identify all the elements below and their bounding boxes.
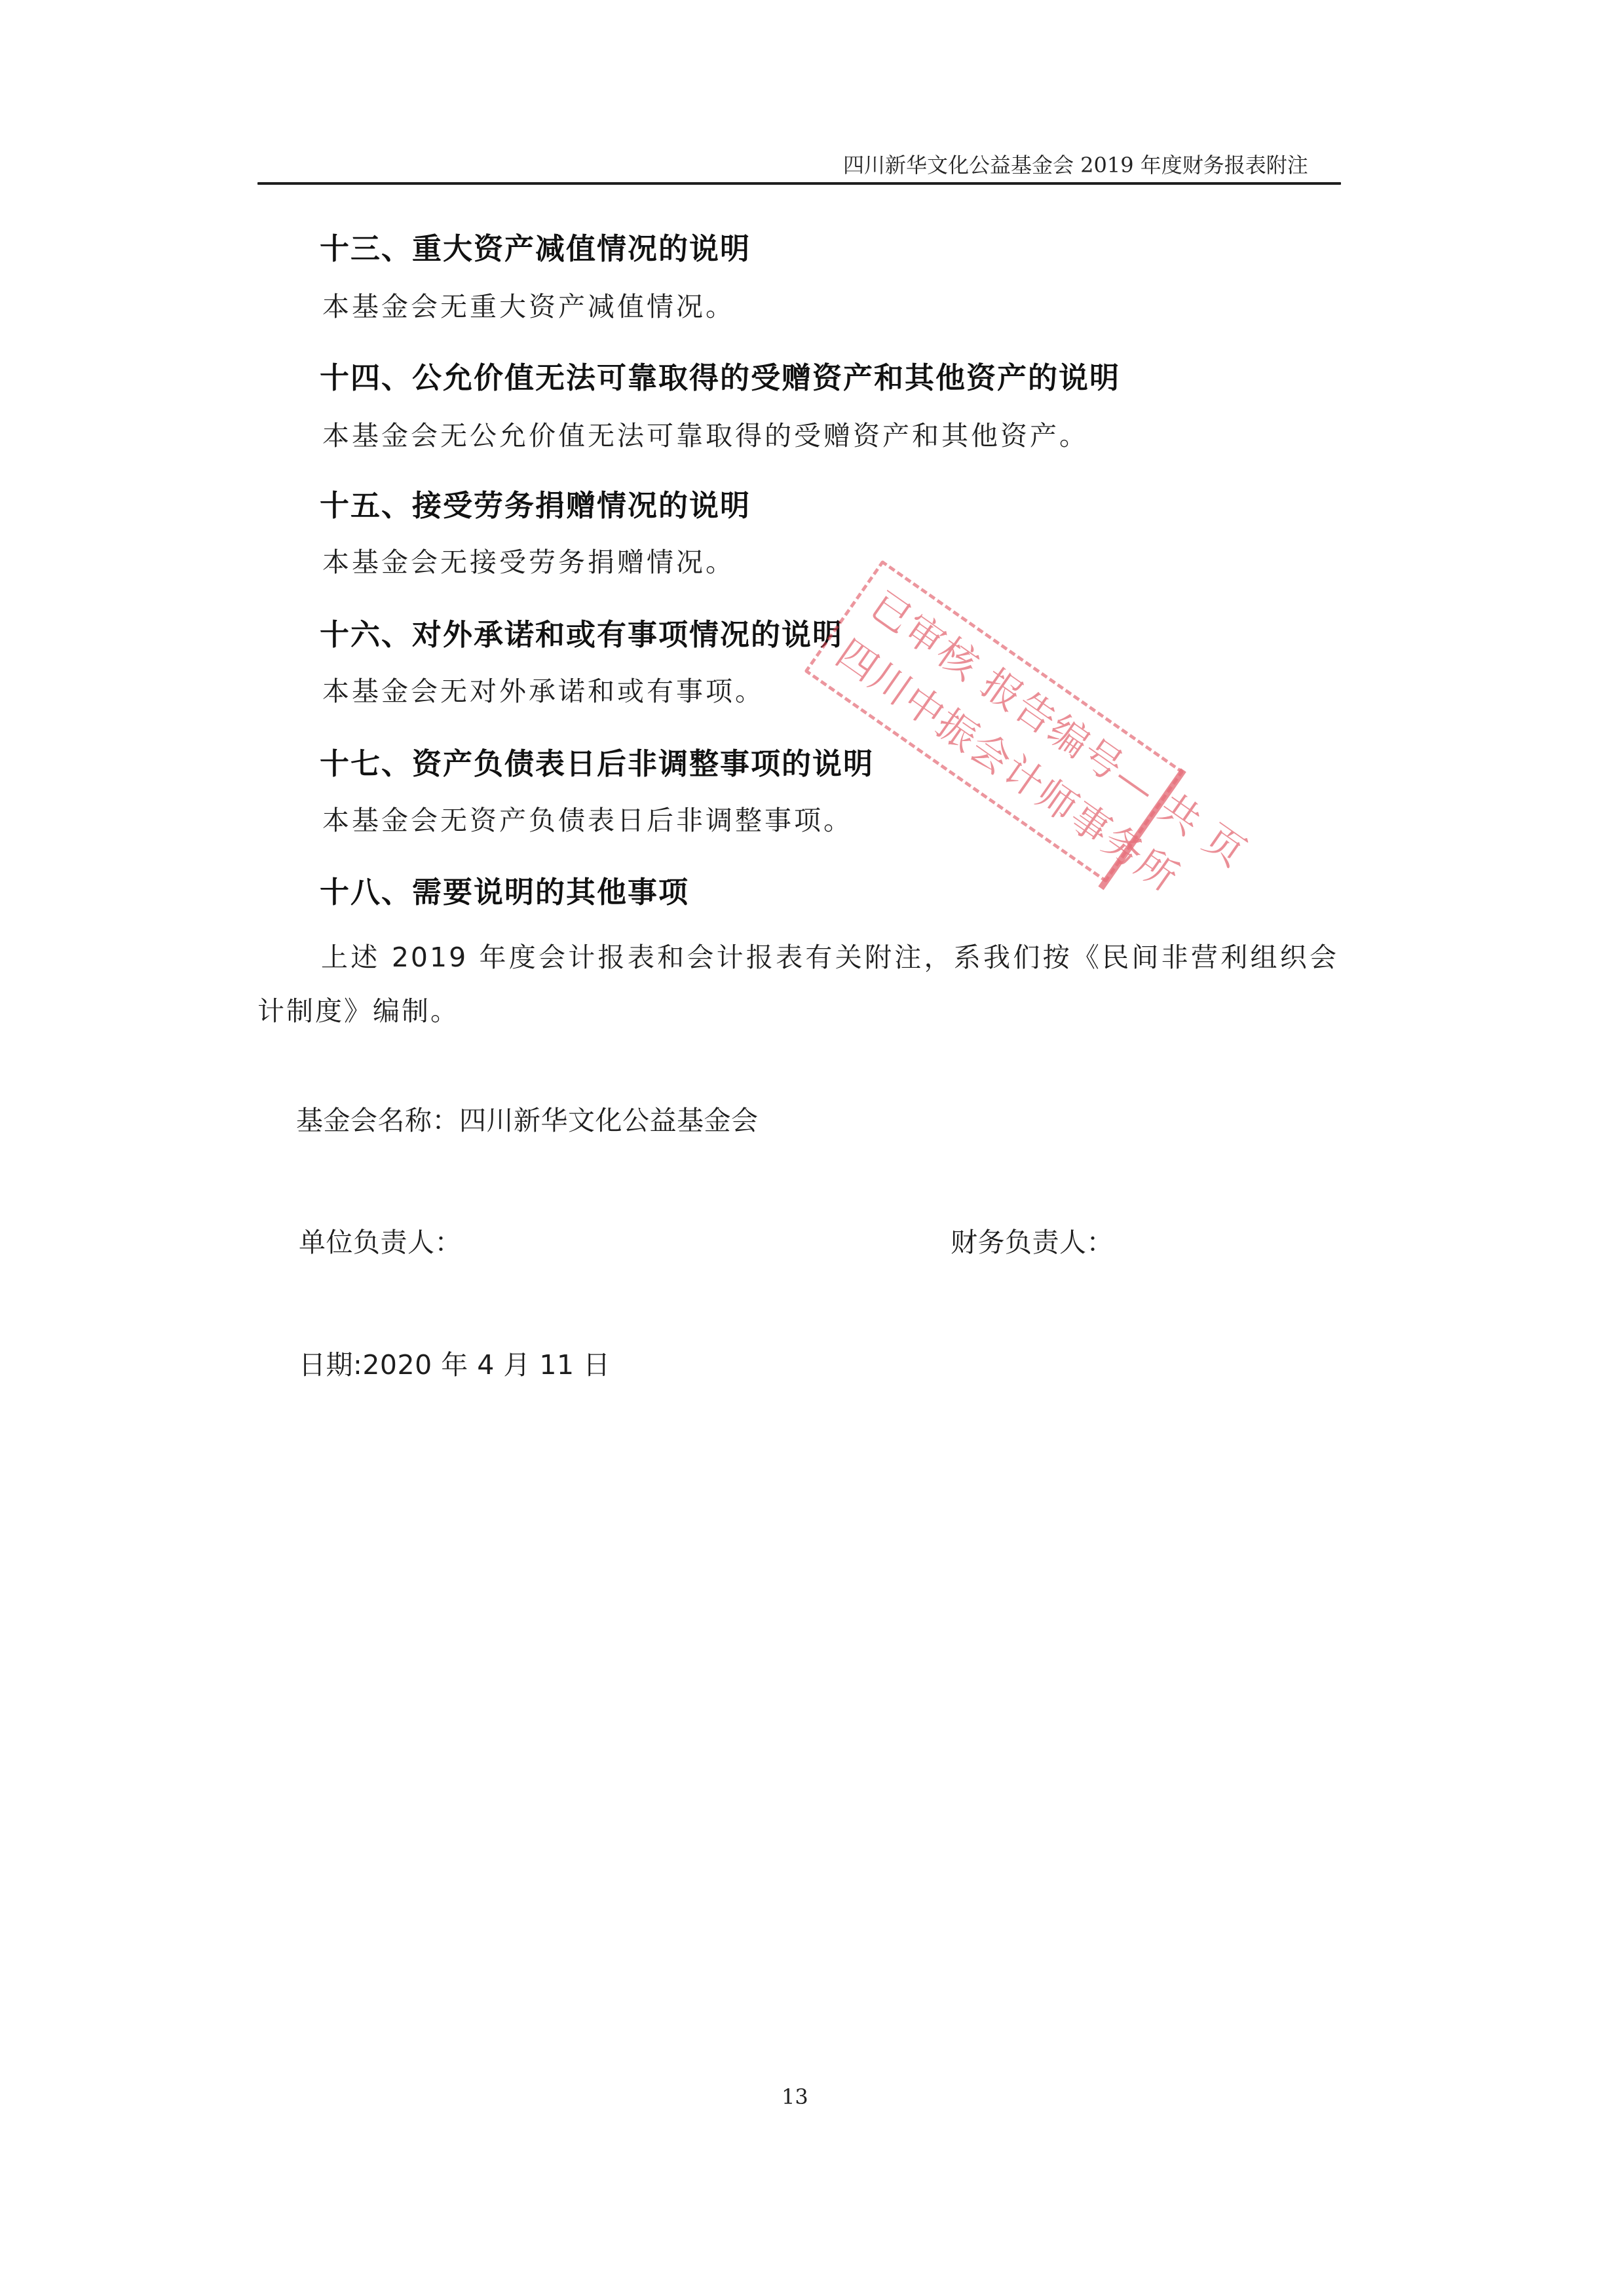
unit-head-label: 单位负责人： [299, 1226, 462, 1259]
section-body-16: 本基金会无对外承诺和或有事项。 [322, 675, 765, 708]
section-heading-18: 十八、需要说明的其他事项 [320, 875, 689, 909]
organization-name: 基金会名称：四川新华文化公益基金会 [296, 1104, 759, 1137]
section-heading-17: 十七、资产负债表日后非调整事项的说明 [320, 747, 874, 781]
audit-seal-stamp: 已审核 报告编号— 共 页 四川中振会计师事务所 [804, 560, 1184, 883]
report-date: 日期:2020 年 4 月 11 日 [299, 1349, 611, 1381]
section-body-18: 上述 2019 年度会计报表和会计报表有关附注，系我们按《民间非营利组织会计制度… [257, 930, 1338, 1038]
header-divider [257, 182, 1341, 185]
section-body-13: 本基金会无重大资产减值情况。 [322, 290, 735, 323]
page-number: 13 [782, 2084, 808, 2110]
section-body-15: 本基金会无接受劳务捐赠情况。 [322, 546, 735, 579]
section-body-17: 本基金会无资产负债表日后非调整事项。 [322, 804, 853, 837]
section-body-14: 本基金会无公允价值无法可靠取得的受赠资产和其他资产。 [322, 419, 1089, 452]
page-header-title: 四川新华文化公益基金会 2019 年度财务报表附注 [843, 152, 1308, 178]
section-heading-16: 十六、对外承诺和或有事项情况的说明 [320, 618, 843, 652]
section-heading-14: 十四、公允价值无法可靠取得的受赠资产和其他资产的说明 [320, 361, 1120, 395]
section-heading-15: 十五、接受劳务捐赠情况的说明 [320, 489, 751, 523]
section-heading-13: 十三、重大资产减值情况的说明 [320, 232, 751, 266]
finance-head-label: 财务负责人： [951, 1226, 1114, 1259]
